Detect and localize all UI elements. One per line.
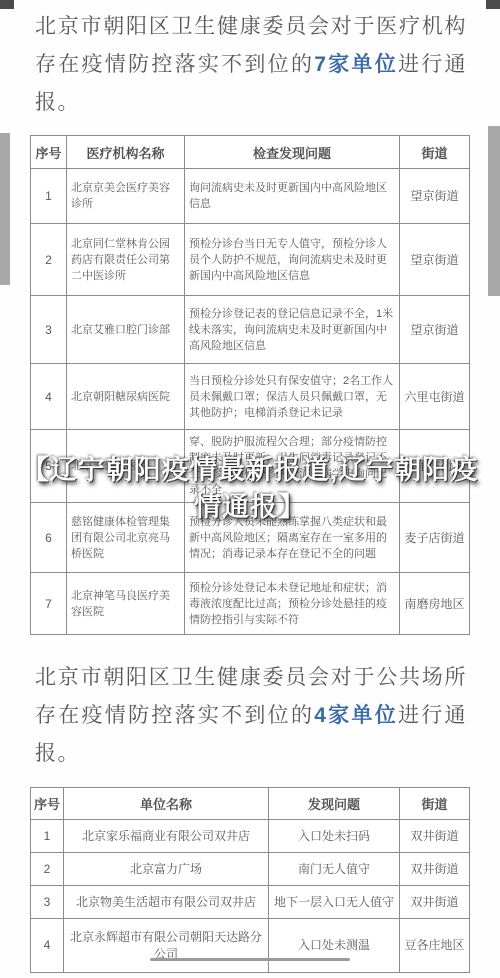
table-row: 2 北京同仁堂林肯公园药店有限责任公司第二中医诊所 预检分诊台当日无专人值守，预… — [31, 224, 470, 296]
institution-name: 北京嘉佩乐医院 — [67, 430, 185, 503]
row-number: 2 — [31, 853, 64, 886]
table-header-row: 序号 单位名称 发现问题 街道 — [31, 788, 470, 820]
problems-found: 询问流病史未及时更新国内中高风险地区信息 — [185, 169, 400, 224]
column-header-no: 序号 — [31, 788, 64, 820]
bottom-divider-line — [150, 958, 350, 961]
column-header-street: 街道 — [400, 788, 470, 820]
street-name: 双井街道 — [400, 886, 470, 919]
institution-name: 慈铭健康体检管理集团有限公司北京亮马桥医院 — [67, 503, 185, 573]
column-header-problem: 发现问题 — [269, 788, 400, 820]
problems-found: 预检分诊登记表的登记信息记录不全，1米线未落实，询问流病史未及时更新国内中高风险… — [185, 296, 400, 364]
problems-found: 预检分诊处登记本未登记地址和症状；消毒液浓度配比过高；预检分诊处悬挂的疫情防控指… — [185, 573, 400, 635]
street-name: 双井街道 — [400, 820, 470, 853]
row-number: 3 — [31, 296, 67, 364]
heading-highlight-count: 7家单位 — [314, 53, 398, 76]
table-row: 7 北京神笔马良医疗美容医院 预检分诊处登记本未登记地址和症状；消毒液浓度配比过… — [31, 573, 470, 635]
row-number: 7 — [31, 573, 67, 635]
notice-heading-public-places: 北京市朝阳区卫生健康委员会对于公共场所存在疫情防控落实不到位的4家单位进行通报。 — [35, 659, 467, 773]
column-header-problem: 检查发现问题 — [185, 136, 400, 169]
heading-highlight-count: 4家单位 — [314, 704, 398, 727]
problems-found: 预检分诊台当日无专人值守，预检分诊人员个人防护不规范，询问流病史未及时更新国内中… — [185, 224, 400, 296]
row-number: 3 — [31, 886, 64, 919]
row-number: 6 — [31, 503, 67, 573]
problems-found: 穿、脱防护服流程欠合理；部分疫情防控制度未及时更新；卫生间消毒记录登记不全；诊室… — [185, 430, 400, 503]
top-right-corner-mark — [486, 0, 500, 9]
table-row: 4 北京朝阳糖尿病医院 当日预检分诊处只有保安值守；2名工作人员未佩戴口罩；保洁… — [31, 364, 470, 430]
table-row: 4 北京永辉超市有限公司朝阳天达路分公司 入口处未测温 豆各庄地区 — [31, 919, 470, 973]
row-number: 5 — [31, 430, 67, 503]
row-number: 4 — [31, 919, 64, 973]
institution-name: 北京京美会医疗美容诊所 — [67, 169, 185, 224]
problems-found: 入口处未扫码 — [269, 820, 400, 853]
column-header-no: 序号 — [31, 136, 67, 169]
problems-found: 南门无人值守 — [269, 853, 400, 886]
row-number: 1 — [31, 169, 67, 224]
institution-name: 北京艾雅口腔门诊部 — [67, 296, 185, 364]
table-row: 5 北京嘉佩乐医院 穿、脱防护服流程欠合理；部分疫情防控制度未及时更新；卫生间消… — [31, 430, 470, 503]
public-places-table: 序号 单位名称 发现问题 街道 1 北京家乐福商业有限公司双井店 入口处未扫码 … — [30, 787, 470, 973]
institution-name: 北京神笔马良医疗美容医院 — [67, 573, 185, 635]
table-row: 1 北京家乐福商业有限公司双井店 入口处未扫码 双井街道 — [31, 820, 470, 853]
row-number: 4 — [31, 364, 67, 430]
problems-found: 地下一层入口无人值守 — [269, 886, 400, 919]
left-edge-bar — [0, 133, 10, 285]
street-name: 八里庄街道 — [400, 430, 470, 503]
street-name: 麦子店街道 — [400, 503, 470, 573]
table-row: 2 北京富力广场 南门无人值守 双井街道 — [31, 853, 470, 886]
column-header-name: 医疗机构名称 — [67, 136, 185, 169]
street-name: 南磨房地区 — [400, 573, 470, 635]
row-number: 2 — [31, 224, 67, 296]
institution-name: 北京朝阳糖尿病医院 — [67, 364, 185, 430]
right-edge-bar — [488, 126, 500, 296]
table-row: 1 北京京美会医疗美容诊所 询问流病史未及时更新国内中高风险地区信息 望京街道 — [31, 169, 470, 224]
street-name: 六里屯街道 — [400, 364, 470, 430]
unit-name: 北京物美生活超市有限公司双井店 — [64, 886, 269, 919]
column-header-street: 街道 — [400, 136, 470, 169]
notice-heading-medical: 北京市朝阳区卫生健康委员会对于医疗机构存在疫情防控落实不到位的7家单位进行通报。 — [35, 8, 467, 122]
institution-name: 北京同仁堂林肯公园药店有限责任公司第二中医诊所 — [67, 224, 185, 296]
unit-name: 北京富力广场 — [64, 853, 269, 886]
street-name: 豆各庄地区 — [400, 919, 470, 973]
top-left-corner-mark — [0, 0, 14, 9]
medical-institutions-table: 序号 医疗机构名称 检查发现问题 街道 1 北京京美会医疗美容诊所 询问流病史未… — [30, 135, 470, 635]
street-name: 双井街道 — [400, 853, 470, 886]
problems-found: 预检分诊人员未能熟练掌握八类症状和最新中高风险地区；隔离室存在一室多用的情况；消… — [185, 503, 400, 573]
unit-name: 北京永辉超市有限公司朝阳天达路分公司 — [64, 919, 269, 973]
street-name: 望京街道 — [400, 296, 470, 364]
problems-found: 当日预检分诊处只有保安值守；2名工作人员未佩戴口罩；保洁人员只佩戴口罩，无其他防… — [185, 364, 400, 430]
unit-name: 北京家乐福商业有限公司双井店 — [64, 820, 269, 853]
street-name: 望京街道 — [400, 169, 470, 224]
table-header-row: 序号 医疗机构名称 检查发现问题 街道 — [31, 136, 470, 169]
column-header-name: 单位名称 — [64, 788, 269, 820]
article-page: { "colors": { "highlight_blue": "#3a6ba6… — [0, 0, 500, 978]
table-row: 3 北京艾雅口腔门诊部 预检分诊登记表的登记信息记录不全，1米线未落实，询问流病… — [31, 296, 470, 364]
street-name: 望京街道 — [400, 224, 470, 296]
problems-found: 入口处未测温 — [269, 919, 400, 973]
table-row: 3 北京物美生活超市有限公司双井店 地下一层入口无人值守 双井街道 — [31, 886, 470, 919]
table-row: 6 慈铭健康体检管理集团有限公司北京亮马桥医院 预检分诊人员未能熟练掌握八类症状… — [31, 503, 470, 573]
row-number: 1 — [31, 820, 64, 853]
